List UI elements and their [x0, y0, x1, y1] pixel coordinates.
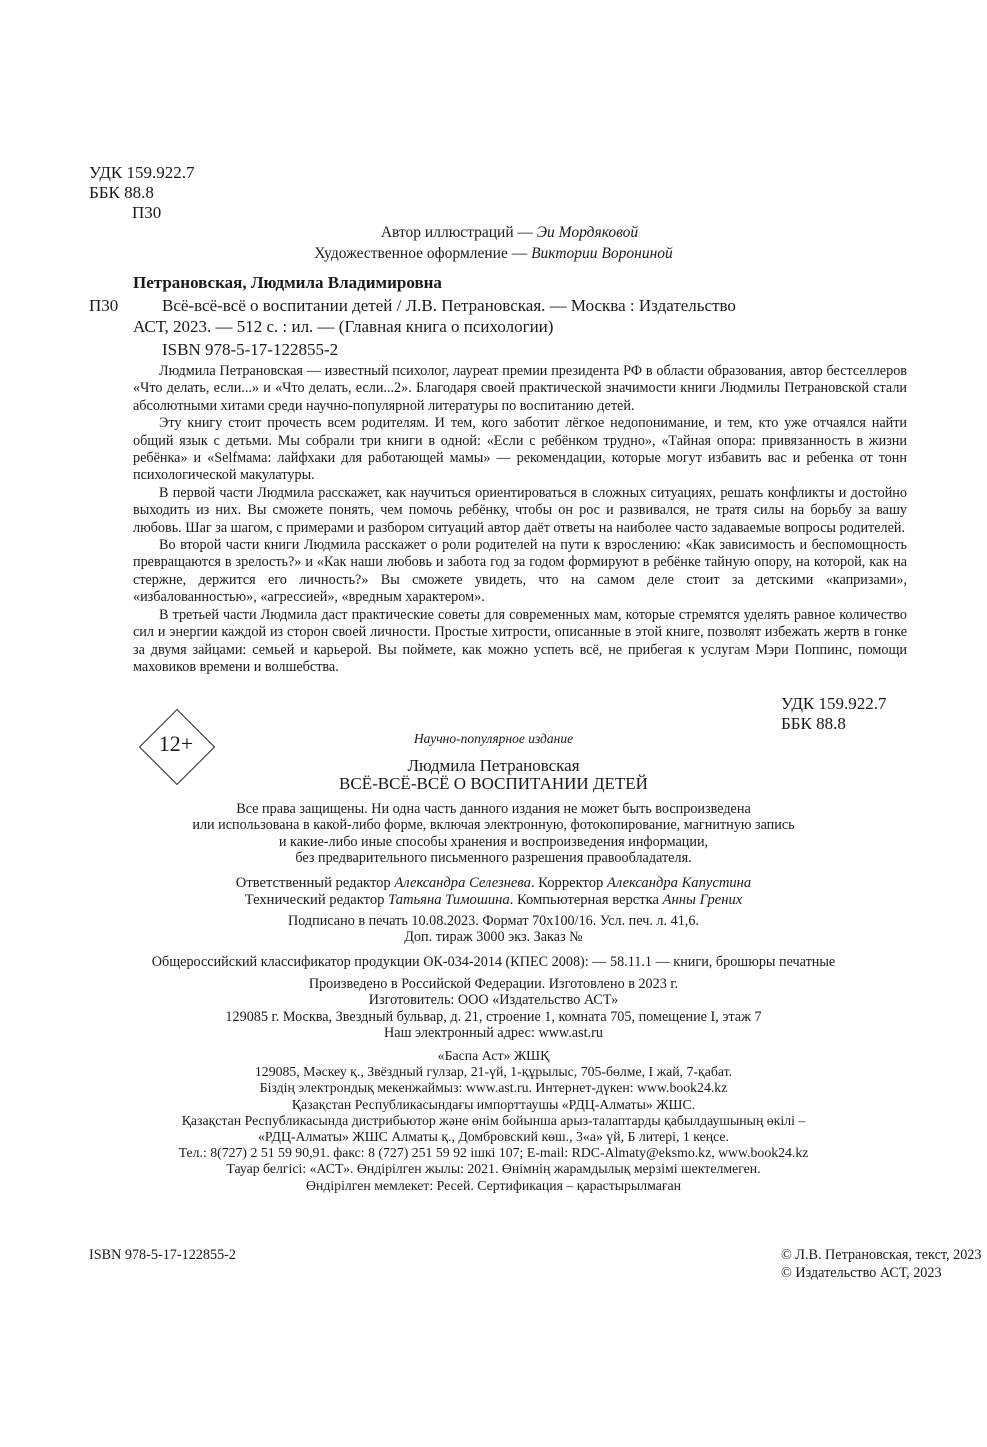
genre-label: Научно-популярное издание	[0, 731, 987, 747]
classification-top: УДК 159.922.7 ББК 88.8 П30	[89, 163, 195, 223]
classification-right: УДК 159.922.7 ББК 88.8	[781, 694, 887, 734]
bibliographic-code: П30	[89, 296, 118, 316]
udk-code: УДК 159.922.7	[89, 163, 195, 183]
book-author: Людмила Петрановская	[0, 756, 987, 776]
editorial-credits: Ответственный редактор Александра Селезн…	[0, 875, 987, 909]
credits: Автор иллюстраций — Эи Мордяковой Художе…	[0, 222, 987, 264]
annotation: Людмила Петрановская — известный психоло…	[133, 363, 907, 676]
product-classifier: Общероссийский классификатор продукции О…	[0, 954, 987, 970]
book-title: ВСЁ-ВСЁ-ВСЁ О ВОСПИТАНИИ ДЕТЕЙ	[0, 774, 987, 794]
annotation-paragraph: В третьей части Людмила даст практически…	[133, 607, 907, 677]
print-info: Подписано в печать 10.08.2023. Формат 70…	[0, 913, 987, 946]
annotation-paragraph: Эту книгу стоит прочесть всем родителям.…	[133, 415, 907, 485]
illustrations-credit: Автор иллюстраций — Эи Мордяковой	[0, 222, 987, 243]
design-credit: Художественное оформление — Виктории Вор…	[0, 243, 987, 264]
rights-notice: Все права защищены. Ни одна часть данног…	[0, 801, 987, 867]
editor-line-1: Ответственный редактор Александра Селезн…	[0, 875, 987, 892]
udk-code: УДК 159.922.7	[781, 694, 887, 714]
kazakh-publisher-info: «Баспа Аст» ЖШҚ 129085, Мәскеу қ., Звёзд…	[0, 1048, 987, 1194]
annotation-paragraph: Людмила Петрановская — известный психоло…	[133, 363, 907, 415]
footer-isbn: ISBN 978-5-17-122855-2	[89, 1247, 236, 1264]
bibliographic-author-heading: Петрановская, Людмила Владимировна	[133, 273, 442, 293]
bibliographic-line-2: АСТ, 2023. — 512 с. : ил. — (Главная кни…	[133, 317, 553, 337]
bbk-code: ББК 88.8	[89, 183, 195, 203]
editor-line-2: Технический редактор Татьяна Тимошина. К…	[0, 892, 987, 909]
manufacturer-info: Произведено в Российской Федерации. Изго…	[0, 976, 987, 1042]
bibliographic-isbn: ISBN 978-5-17-122855-2	[162, 340, 338, 360]
author-sign: П30	[89, 203, 195, 223]
bibliographic-line-1: Всё-всё-всё о воспитании детей / Л.В. Пе…	[162, 296, 736, 316]
copyright: © Л.В. Петрановская, текст, 2023 © Издат…	[781, 1247, 982, 1282]
illustrator-name: Эи Мордяковой	[537, 224, 638, 241]
designer-name: Виктории Ворониной	[531, 245, 673, 262]
annotation-paragraph: Во второй части книги Людмила расскажет …	[133, 537, 907, 607]
annotation-paragraph: В первой части Людмила расскажет, как на…	[133, 485, 907, 537]
